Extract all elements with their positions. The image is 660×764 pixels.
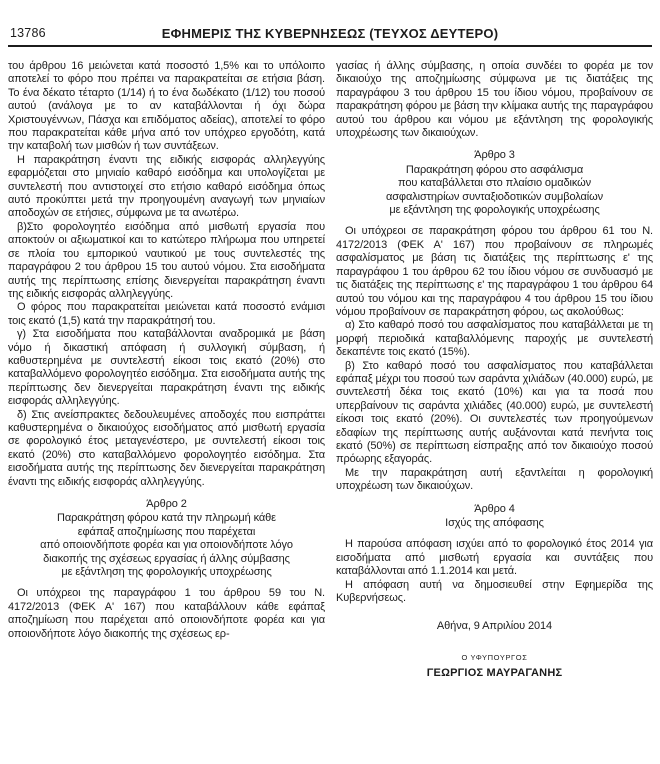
paragraph: Η παρούσα απόφαση ισχύει από το φορολογι… [336,538,653,578]
paragraph-item-b: β) Στο καθαρό ποσό του ασφαλίσματος που … [336,360,653,467]
page-header: 13786 ΕΦΗΜΕΡΙΣ ΤΗΣ ΚΥΒΕΡΝΗΣΕΩΣ (ΤΕΥΧΟΣ Δ… [8,24,652,44]
article-3-subtitle: Παρακράτηση φόρου στο ασφάλισμα που κατα… [336,164,653,218]
right-column: γασίας ή άλλης σύμβασης, η οποία συνδέει… [336,60,653,681]
article-2-subtitle: Παρακράτηση φόρου κατά την πληρωμή κάθε … [8,512,325,579]
paragraph: Οι υπόχρεοι σε παρακράτηση φόρου του άρθ… [336,225,653,319]
paragraph: Ο φόρος που παρακρατείται μειώνεται κατά… [8,301,325,328]
signature-name: ΓΕΩΡΓΙΟΣ ΜΑΥΡΑΓΑΝΗΣ [336,667,653,680]
paragraph-item-c: γ) Στα εισοδήματα που καταβάλλονται αναδ… [8,328,325,408]
gazette-title: ΕΦΗΜΕΡΙΣ ΤΗΣ ΚΥΒΕΡΝΗΣΕΩΣ (ΤΕΥΧΟΣ ΔΕΥΤΕΡΟ… [8,26,652,41]
signature-role: Ο ΥΦΥΠΟΥΡΓΟΣ [336,651,653,664]
header-rule [8,45,652,47]
paragraph: Με την παρακράτηση αυτή εξαντλείται η φο… [336,467,653,494]
paragraph-continuation: γασίας ή άλλης σύμβασης, η οποία συνδέει… [336,60,653,140]
left-column: του άρθρου 16 μειώνεται κατά ποσοστό 1,5… [8,60,325,681]
date-line: Αθήνα, 9 Απριλίου 2014 [336,620,653,633]
article-2-heading: Άρθρο 2 [8,498,325,511]
article-4-heading: Άρθρο 4 [336,503,653,516]
paragraph-continuation: του άρθρου 16 μειώνεται κατά ποσοστό 1,5… [8,60,325,154]
paragraph: Η παρακράτηση έναντι της ειδικής εισφορά… [8,154,325,221]
paragraph: Οι υπόχρεοι της παραγράφου 1 του άρθρου … [8,587,325,641]
document-body: του άρθρου 16 μειώνεται κατά ποσοστό 1,5… [8,60,653,681]
article-3-heading: Άρθρο 3 [336,149,653,162]
paragraph-item-a: α) Στο καθαρό ποσό του ασφαλίσματος που … [336,319,653,359]
article-4-subtitle: Ισχύς της απόφασης [336,517,653,530]
paragraph: Η απόφαση αυτή να δημοσιευθεί στην Εφημε… [336,579,653,606]
paragraph-item-b: β)Στο φορολογητέο εισόδημα από μισθωτή ε… [8,221,325,301]
paragraph-item-d: δ) Στις ανείσπρακτες δεδουλευμένες αποδο… [8,409,325,489]
